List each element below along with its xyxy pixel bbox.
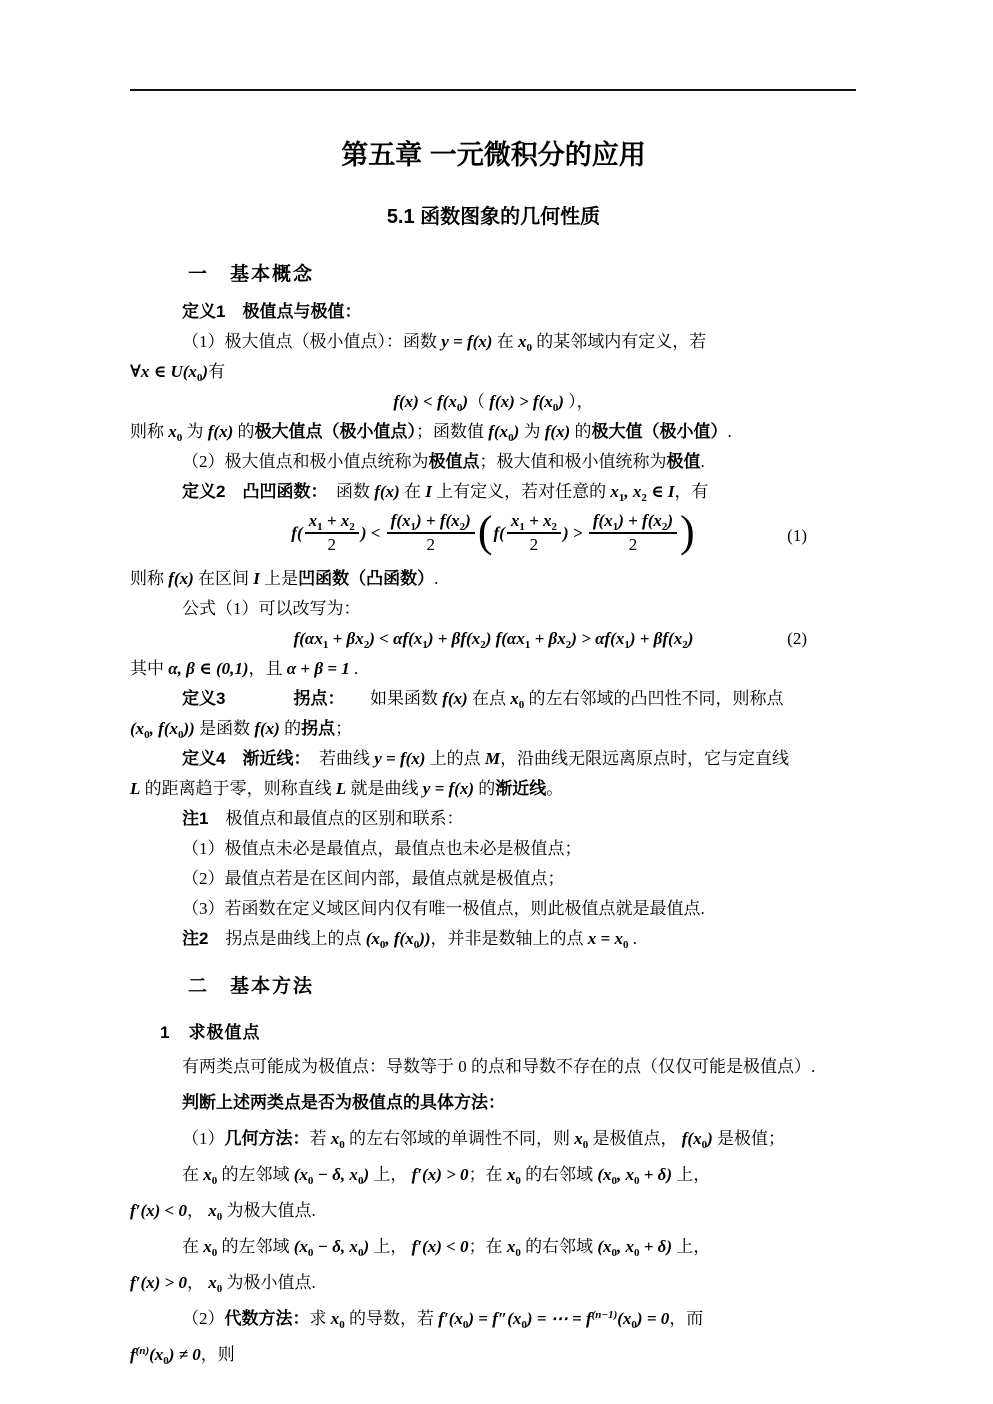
display-formula: f(αx1 + βx2) < αf(x1) + βf(x2) f(αx1 + β… [130, 624, 857, 654]
text-run: − δ, x [313, 1165, 358, 1184]
paragraph: 定义2 凸凹函数： 函数 f(x) 在 I 上有定义，若对任意的 x1, x2 … [130, 477, 857, 507]
document-page: 第五章 一元微积分的应用5.1 函数图象的几何性质一 基本概念定义1 极值点与极… [0, 0, 993, 1404]
text-run: (n) [136, 1345, 149, 1357]
text-run: 是极值； [713, 1129, 785, 1148]
text-run: 极值 [667, 452, 701, 471]
text-run: (x [294, 1237, 308, 1256]
text-run: ∀x ∈ U(x [130, 362, 197, 381]
text-run: f(x [682, 1129, 702, 1148]
fraction-denominator: 2 [507, 534, 561, 555]
text-run: 为极大值点. [222, 1201, 316, 1220]
text-run: ) [465, 511, 471, 530]
text-run: x [510, 689, 519, 708]
text-run: 有 [208, 362, 225, 381]
paragraph: f′(x) > 0， x0 为极小值点. [130, 1268, 857, 1298]
paragraph: f(n)(x0) ≠ 0，则 [130, 1340, 857, 1370]
text-run: （1） [182, 1129, 225, 1148]
text-run: 凹函数（凸函数） [298, 569, 434, 588]
display-formula: f(x) < f(x0)（ f(x) > f(x0) ）， [130, 387, 857, 417]
fraction: f(x1) + f(x2)2 [589, 511, 677, 554]
text-run: x [203, 1165, 212, 1184]
text-run: 上， [369, 1237, 412, 1256]
text-run: f( [291, 523, 302, 542]
text-run: 求 [310, 1309, 331, 1328]
text-run: 极值点 [429, 452, 480, 471]
text-run: . [727, 422, 731, 441]
text-run: ) ≠ 0 [169, 1345, 201, 1364]
text-run: )) [184, 719, 195, 738]
text-run: − δ, x [313, 1237, 358, 1256]
text-run: 极大值点（极小值点） [254, 422, 416, 441]
text-run: 是函数 [195, 719, 255, 738]
text-run: 上是 [260, 569, 298, 588]
paragraph: （2）代数方法：求 x0 的导数，若 f′(x0) = f″(x0) = ⋯ =… [130, 1304, 857, 1334]
text-run: 函数 [319, 482, 374, 501]
text-run: + βx [530, 629, 565, 648]
text-run: (x [597, 1237, 611, 1256]
text-run: x [574, 1129, 583, 1148]
text-run: 为 [519, 422, 545, 441]
text-run: 的 [474, 779, 495, 798]
paragraph: ∀x ∈ U(x0)有 [130, 357, 857, 387]
text-run: 的左右邻域的凸凹性不同，则称点 [524, 689, 783, 708]
text-run: f(x [391, 511, 411, 530]
text-run [225, 689, 293, 708]
text-run: 的左邻域 [217, 1165, 294, 1184]
text-run: 2 [629, 535, 638, 554]
paragraph: 则称 x0 为 f(x) 的极大值点（极小值点）；函数值 f(x0) 为 f(x… [130, 417, 857, 447]
text-run: )) [419, 929, 430, 948]
text-run: 的右邻域 [521, 1165, 598, 1184]
text-run: ， [187, 1273, 208, 1292]
text-run: x [331, 1129, 340, 1148]
text-run: 一 基本概念 [188, 264, 314, 285]
text-run: ) = ⋯ = f [527, 1309, 592, 1328]
chapter-title: 第五章 一元微积分的应用 [130, 138, 857, 172]
text-run: f(x [488, 422, 508, 441]
text-run: 2 [349, 521, 355, 533]
text-run: 就是曲线 [346, 779, 423, 798]
heading-basic-methods: 二 基本方法 [130, 974, 857, 1000]
text-run: + δ) [639, 1165, 672, 1184]
text-run: ) = f″(x [468, 1309, 521, 1328]
text-run: . [628, 929, 637, 948]
text-run: 上， [672, 1237, 710, 1256]
paragraph: 定义4 渐近线： 若曲线 y = f(x) 上的点 M，沿曲线无限远离原点时，它… [130, 744, 857, 774]
paragraph: 注2 拐点是曲线上的点 (x0, f(x0))，并非是数轴上的点 x = x0 … [130, 924, 857, 954]
text-run: ，有 [675, 482, 709, 501]
paragraph: （2）极大值点和极小值点统称为极值点；极大值和极小值统称为极值. [130, 447, 857, 477]
text-run: 的 [280, 719, 301, 738]
text-run: 定义2 凸凹函数： [182, 482, 319, 501]
text-run: ) + βf(x [630, 629, 682, 648]
text-run: （2）最值点若是在区间内部，最值点就是极值点； [182, 869, 565, 888]
text-run: ) < αf(x [369, 629, 422, 648]
text-run: 拐点： [293, 689, 336, 708]
text-run: 第五章 一元微积分的应用 [341, 140, 646, 170]
text-run: 则称 [130, 422, 168, 441]
text-run: 注1 [182, 809, 208, 828]
fraction-numerator: f(x1) + f(x2) [589, 511, 677, 534]
text-run: 。 [546, 779, 563, 798]
text-run: y = f(x) [441, 332, 492, 351]
text-run: α, β ∈ (0,1) [168, 659, 248, 678]
text-run: , f(x [385, 929, 413, 948]
text-run: f(x) [442, 689, 467, 708]
paragraph: (x0, f(x0)) 是函数 f(x) 的拐点； [130, 714, 857, 744]
text-run: f′(x) > 0 [412, 1165, 469, 1184]
text-run: f(x) > f(x [489, 392, 553, 411]
fraction-denominator: 2 [387, 534, 475, 555]
paragraph: 判断上述两类点是否为极值点的具体方法： [130, 1088, 857, 1118]
text-run: 2 [552, 521, 558, 533]
text-run: 注2 [182, 929, 208, 948]
text-run: (x [597, 1165, 611, 1184]
text-run: 则称 [130, 569, 168, 588]
text-run: . [701, 452, 705, 471]
text-run: x [331, 1309, 340, 1328]
text-run: f(x) [545, 422, 570, 441]
text-run: f(x [593, 511, 613, 530]
fraction-numerator: x1 + x2 [305, 511, 359, 534]
paragraph: 有两类点可能成为极值点：导数等于 0 的点和导数不存在的点（仅仅可能是极值点）. [130, 1052, 857, 1082]
text-run: (x [130, 719, 144, 738]
text-run: ) = 0 [637, 1309, 669, 1328]
text-run: 上， [369, 1165, 412, 1184]
paragraph: L 的距离趋于零，则称直线 L 就是曲线 y = f(x) 的渐近线。 [130, 774, 857, 804]
text-run: 拐点 [301, 719, 335, 738]
text-run: 的某邻域内有定义，若 [532, 332, 706, 351]
text-run: 若 [310, 1129, 331, 1148]
heading-basic-concepts: 一 基本概念 [130, 262, 857, 288]
text-run: 上， [672, 1165, 710, 1184]
text-run: 渐近线 [495, 779, 546, 798]
text-run: x = x [588, 929, 623, 948]
text-run: ) [667, 511, 673, 530]
text-run: 的左右邻域的单调性不同，则 [345, 1129, 575, 1148]
text-run: x [168, 422, 177, 441]
text-run: （3）若函数在定义域区间内仅有唯一极值点，则此极值点就是最值点. [182, 899, 705, 918]
fraction-denominator: 2 [305, 534, 359, 555]
text-run: 其中 [130, 659, 168, 678]
text-run: 在 [400, 482, 426, 501]
text-run: (x [149, 1345, 163, 1364]
text-run: 上的点 [425, 749, 485, 768]
text-run: (x [366, 929, 380, 948]
text-run: 若曲线 [302, 749, 374, 768]
text-run: 几何方法： [225, 1129, 310, 1148]
fraction-denominator: 2 [589, 534, 677, 555]
document-body: 第五章 一元微积分的应用5.1 函数图象的几何性质一 基本概念定义1 极值点与极… [130, 0, 857, 1370]
text-run: 为极小值点. [222, 1273, 316, 1292]
text-run: 如果函数 [336, 689, 442, 708]
text-run: 在 [182, 1237, 203, 1256]
text-run: 的 [233, 422, 254, 441]
text-run: + δ) [639, 1237, 672, 1256]
text-run: 二 基本方法 [188, 976, 314, 997]
text-run: ) f(αx [486, 629, 525, 648]
text-run: （2） [182, 1309, 225, 1328]
text-run: ) + βf(x [428, 629, 480, 648]
heading-find-extreme-points: 1 求极值点 [130, 1020, 857, 1046]
text-run: 1 求极值点 [160, 1023, 260, 1042]
text-run: x [309, 511, 318, 530]
text-run: 定义1 极值点与极值： [182, 302, 361, 321]
text-run: ) + f(x [618, 511, 662, 530]
text-run: ∈ I [647, 482, 675, 501]
text-run: 在区间 [194, 569, 254, 588]
text-run: x [208, 1201, 217, 1220]
text-run: f(x) [168, 569, 193, 588]
text-run: L [336, 779, 346, 798]
text-run: （1）极大值点（极小值点）：函数 [182, 332, 441, 351]
big-paren: ( [477, 507, 494, 556]
text-run: 2 [530, 535, 539, 554]
text-run: （ [468, 392, 489, 411]
text-run: f′(x) > 0 [130, 1273, 187, 1292]
fraction-numerator: x1 + x2 [507, 511, 561, 534]
text-run: 的右邻域 [521, 1237, 598, 1256]
text-run: ，沿曲线无限远离原点时，它与定直线 [500, 749, 789, 768]
text-run: 在 [182, 1165, 203, 1184]
equation-tag: (1) [787, 521, 807, 551]
text-run: 的左邻域 [217, 1237, 294, 1256]
fraction: f(x1) + f(x2)2 [387, 511, 475, 554]
section-title: 5.1 函数图象的几何性质 [130, 204, 857, 230]
text-run: 判断上述两类点是否为极值点的具体方法： [182, 1093, 505, 1112]
text-run: + x [323, 511, 350, 530]
text-run: ，并非是数轴上的点 [431, 929, 588, 948]
text-run: 为 [182, 422, 208, 441]
text-run: 是极值点， [588, 1129, 682, 1148]
text-run: 5.1 函数图象的几何性质 [387, 206, 600, 228]
text-run: ； [335, 719, 352, 738]
text-run: 极值点和最值点的区别和联系： [208, 809, 463, 828]
text-run: f( [494, 523, 505, 542]
paragraph: （2）最值点若是在区间内部，最值点就是极值点； [130, 864, 857, 894]
text-run: f(x) [208, 422, 233, 441]
text-run: 极大值（极小值） [591, 422, 727, 441]
text-run: ， [187, 1201, 208, 1220]
text-run: 的导数，若 [345, 1309, 439, 1328]
text-run: . [434, 569, 438, 588]
text-run: ；在 [469, 1165, 507, 1184]
paragraph: 注1 极值点和最值点的区别和联系： [130, 804, 857, 834]
text-run: （1）极值点未必是最值点，最值点也未必是极值点； [182, 839, 582, 858]
text-run: ) > [563, 523, 587, 542]
text-run: f(x) [374, 482, 399, 501]
text-run: f(x) [254, 719, 279, 738]
text-run: + βx [328, 629, 363, 648]
text-run: (x [617, 1309, 631, 1328]
text-run: ）， [564, 392, 594, 411]
text-run: I [425, 482, 432, 501]
paragraph: 公式（1）可以改写为： [130, 594, 857, 624]
fraction-numerator: f(x1) + f(x2) [387, 511, 475, 534]
text-run: 拐点是曲线上的点 [208, 929, 365, 948]
paragraph: 则称 f(x) 在区间 I 上是凹函数（凸函数）. [130, 564, 857, 594]
text-run: ；函数值 [416, 422, 488, 441]
text-run: ) [688, 629, 694, 648]
text-run: 定义4 渐近线： [182, 749, 302, 768]
text-run: (n−1) [592, 1309, 618, 1321]
paragraph: （1）极值点未必是最值点，最值点也未必是极值点； [130, 834, 857, 864]
paragraph: （1）几何方法：若 x0 的左右邻域的单调性不同，则 x0 是极值点， f(x0… [130, 1124, 857, 1154]
text-run: ，而 [669, 1309, 703, 1328]
text-run: ；极大值和极小值统称为 [480, 452, 667, 471]
text-run: + x [525, 511, 552, 530]
text-run: x [203, 1237, 212, 1256]
display-formula: f(x1 + x22) < f(x1) + f(x2)2(f(x1 + x22)… [130, 507, 857, 564]
paragraph: 在 x0 的左邻域 (x0 − δ, x0) 上， f′(x) > 0；在 x0… [130, 1160, 857, 1190]
text-run: y = f(x) [374, 749, 425, 768]
text-run: 的 [570, 422, 591, 441]
text-run: ) < [361, 523, 385, 542]
text-run: 代数方法： [225, 1309, 310, 1328]
text-run: L [130, 779, 140, 798]
text-run: 定义3 [182, 689, 225, 708]
text-run: f′(x) < 0 [412, 1237, 469, 1256]
text-run: ) > αf(x [571, 629, 624, 648]
text-run: ) + f(x [416, 511, 460, 530]
big-paren: ) [679, 507, 696, 556]
text-run: ；在 [469, 1237, 507, 1256]
text-run: M [485, 749, 500, 768]
text-run: (x [294, 1165, 308, 1184]
text-run: 公式（1）可以改写为： [182, 599, 361, 618]
text-run: f′(x [438, 1309, 463, 1328]
fraction: x1 + x22 [305, 511, 359, 554]
paragraph: 其中 α, β ∈ (0,1)，且 α + β = 1 . [130, 654, 857, 684]
text-run: 的距离趋于零，则称直线 [140, 779, 336, 798]
text-run: 在点 [468, 689, 511, 708]
text-run: , x [624, 482, 641, 501]
text-run: 在 [492, 332, 518, 351]
paragraph: （3）若函数在定义域区间内仅有唯一极值点，则此极值点就是最值点. [130, 894, 857, 924]
text-run: 有两类点可能成为极值点：导数等于 0 的点和导数不存在的点（仅仅可能是极值点）. [182, 1057, 815, 1076]
text-run: 2 [427, 535, 436, 554]
text-run: y = f(x) [423, 779, 474, 798]
paragraph: 在 x0 的左邻域 (x0 − δ, x0) 上， f′(x) < 0；在 x0… [130, 1232, 857, 1262]
equation-tag: (2) [787, 624, 807, 654]
text-run: x [610, 482, 619, 501]
paragraph: 定义1 极值点与极值： [130, 297, 857, 327]
text-run: 2 [327, 535, 336, 554]
text-run: , x [617, 1165, 634, 1184]
text-run: α + β = 1 [287, 659, 350, 678]
paragraph: （1）极大值点（极小值点）：函数 y = f(x) 在 x0 的某邻域内有定义，… [130, 327, 857, 357]
text-run: f′(x) < 0 [130, 1201, 187, 1220]
paragraph: f′(x) < 0， x0 为极大值点. [130, 1196, 857, 1226]
text-run: f(x) < f(x [393, 392, 457, 411]
text-run: ，且 [249, 659, 287, 678]
text-run: x [208, 1273, 217, 1292]
text-run: ，则 [201, 1345, 235, 1364]
text-run: 上有定义，若对任意的 [432, 482, 611, 501]
fraction: x1 + x22 [507, 511, 561, 554]
text-run: , x [617, 1237, 634, 1256]
text-run: . [350, 659, 359, 678]
text-run: , f(x [150, 719, 178, 738]
text-run: f(αx [294, 629, 323, 648]
text-run: I [253, 569, 260, 588]
text-run: （2）极大值点和极小值点统称为 [182, 452, 429, 471]
paragraph: 定义3 拐点： 如果函数 f(x) 在点 x0 的左右邻域的凸凹性不同，则称点 [130, 684, 857, 714]
